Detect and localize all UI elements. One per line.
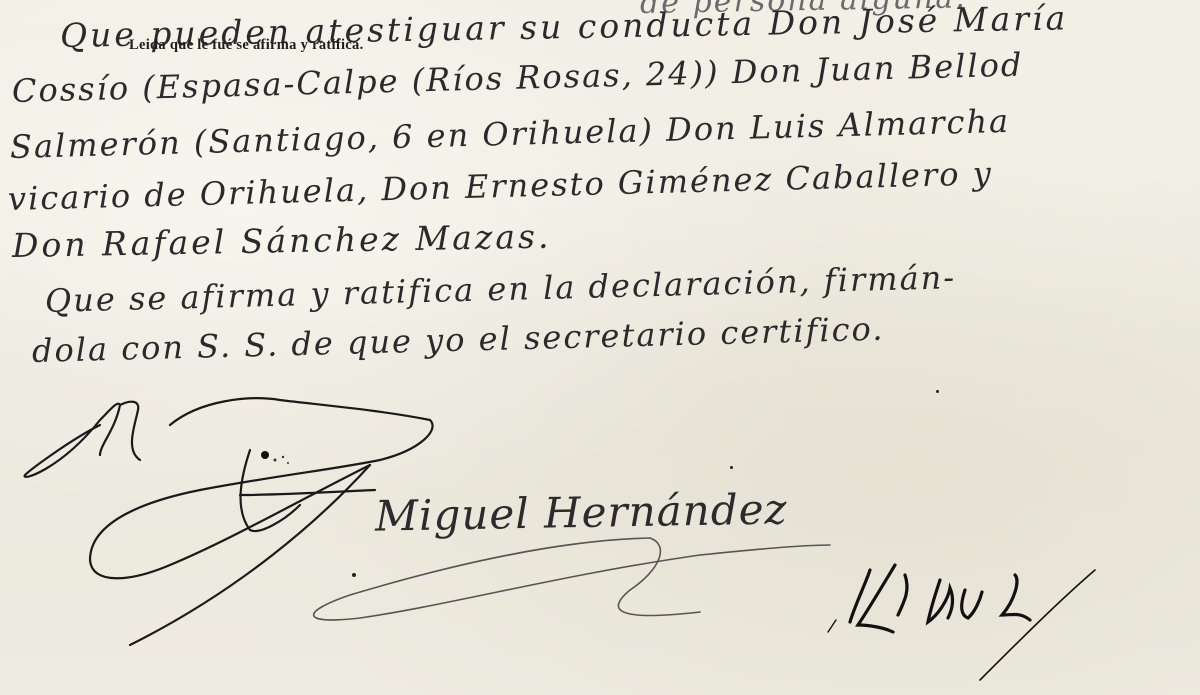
- printed-caption: Leida que le fué se afirma y ratifica.: [129, 37, 364, 54]
- ink-dot: [730, 466, 733, 469]
- ink-dot: [352, 573, 356, 577]
- signature-hernandez: Miguel Hernández: [375, 484, 788, 540]
- ink-dot: [936, 390, 939, 393]
